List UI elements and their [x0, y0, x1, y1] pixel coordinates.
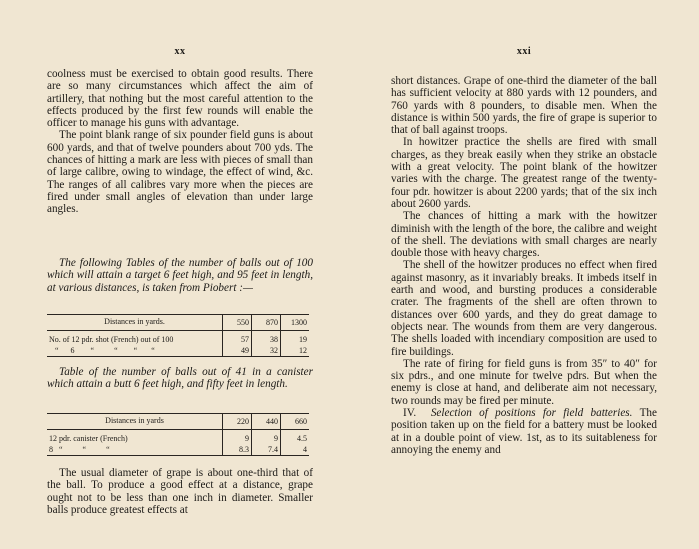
text-block-bottom: The usual diameter of grape is about one…: [47, 467, 313, 516]
paragraph: coolness must be exercised to obtain goo…: [47, 68, 313, 129]
row-label: 8 “ “ “: [47, 444, 223, 456]
paragraph: The usual diameter of grape is about one…: [47, 467, 313, 516]
table-row: 12 pdr. canister (French) 9 9 4.5: [47, 430, 309, 445]
table-header-cell: 550: [223, 315, 252, 331]
table-cell: 8.3: [223, 444, 252, 456]
paragraph: In howitzer practice the shells are fire…: [391, 136, 657, 210]
table-header-cell: 1300: [281, 315, 310, 331]
text-block-main: short distances. Grape of one-third the …: [391, 75, 657, 456]
table-header-cell: 870: [252, 315, 281, 331]
paragraph: The chances of hitting a mark with the h…: [391, 210, 657, 259]
table-cell: 9: [252, 430, 281, 445]
section-number: IV.: [403, 407, 416, 419]
table-cell: 19: [281, 331, 310, 346]
table2-caption-block: Table of the number of balls out of 41 i…: [47, 366, 313, 391]
table-cell: 49: [223, 345, 252, 357]
page-number: xxi: [391, 46, 657, 57]
table-cell: 12: [281, 345, 310, 357]
table-header-cell: 660: [281, 414, 310, 430]
text-block-top: coolness must be exercised to obtain goo…: [47, 68, 313, 216]
table-header-row: Distances in yards 220 440 660: [47, 414, 309, 430]
table-cell: 38: [252, 331, 281, 346]
paragraph: The point blank range of six pounder fie…: [47, 129, 313, 215]
table-header-label: Distances in yards: [47, 414, 223, 430]
table-cell: 32: [252, 345, 281, 357]
section-title: Selection of positions for field batteri…: [431, 407, 633, 419]
table2-caption: Table of the number of balls out of 41 i…: [47, 366, 313, 391]
table-cell: 57: [223, 331, 252, 346]
paragraph: short distances. Grape of one-third the …: [391, 75, 657, 136]
hit-table-shot: Distances in yards. 550 870 1300 No. of …: [47, 314, 309, 357]
table-header-row: Distances in yards. 550 870 1300: [47, 315, 309, 331]
table-cell: 7.4: [252, 444, 281, 456]
table-cell: 4.5: [281, 430, 310, 445]
table1-caption: The following Tables of the number of ba…: [47, 257, 313, 294]
table-cell: 9: [223, 430, 252, 445]
table-row: 8 “ “ “ 8.3 7.4 4: [47, 444, 309, 456]
hit-table-canister: Distances in yards 220 440 660 12 pdr. c…: [47, 413, 309, 456]
page-number: xx: [47, 46, 313, 57]
table1-caption-block: The following Tables of the number of ba…: [47, 257, 313, 294]
table-header-cell: 440: [252, 414, 281, 430]
section-paragraph: IV. Selection of positions for field bat…: [391, 407, 657, 456]
paragraph: The rate of firing for field guns is fro…: [391, 358, 657, 407]
row-label: No. of 12 pdr. shot (French) out of 100: [47, 331, 223, 346]
row-label: 12 pdr. canister (French): [47, 430, 223, 445]
paragraph: The shell of the howitzer produces no ef…: [391, 259, 657, 357]
row-label: “ 6 “ “ “ “: [47, 345, 223, 357]
table-cell: 4: [281, 444, 310, 456]
table-header-cell: 220: [223, 414, 252, 430]
table-row: “ 6 “ “ “ “ 49 32 12: [47, 345, 309, 357]
table-row: No. of 12 pdr. shot (French) out of 100 …: [47, 331, 309, 346]
table-header-label: Distances in yards.: [47, 315, 223, 331]
